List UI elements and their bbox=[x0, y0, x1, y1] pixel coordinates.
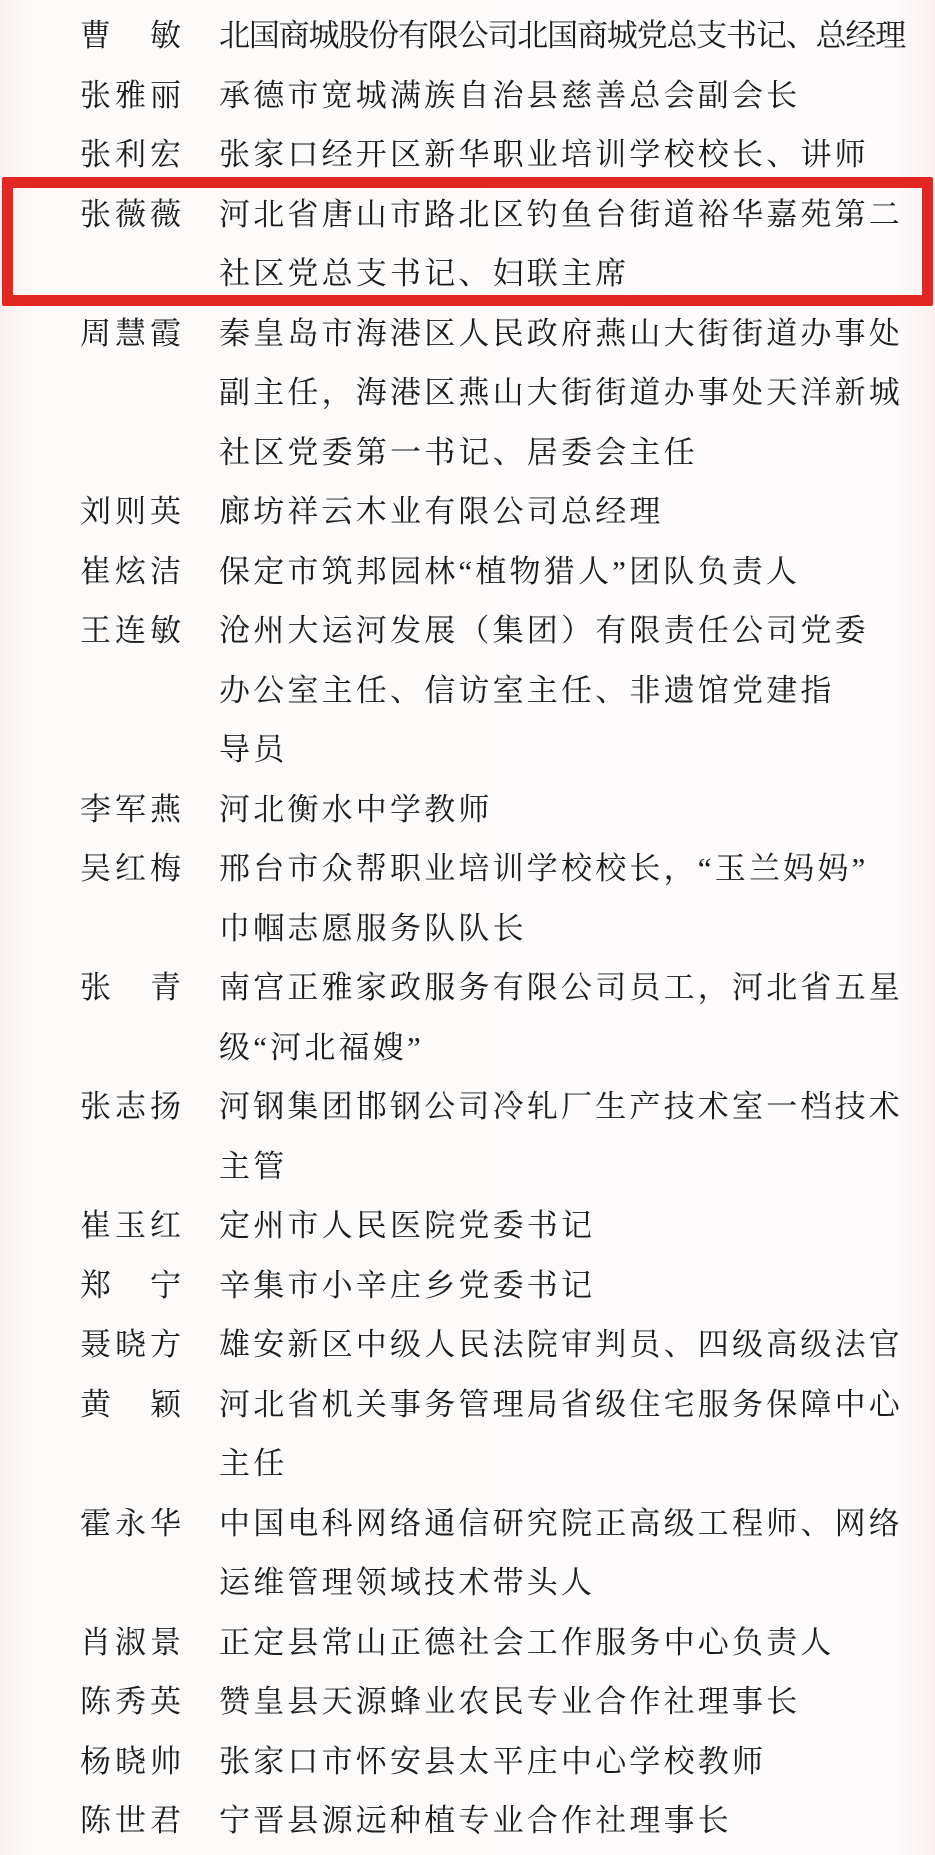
entry-name: 张志扬 bbox=[80, 1077, 181, 1137]
list-item: 聂晓方 雄安新区中级人民法院审判员、四级高级法官 bbox=[0, 1315, 935, 1375]
entry-description: 张家口经开区新华职业培训学校校长、讲师 bbox=[219, 125, 919, 185]
entry-name: 张薇薇 bbox=[80, 185, 181, 245]
entry-role-line: 秦皇岛市海港区人民政府燕山大街街道办事处 bbox=[219, 304, 919, 364]
list-item: 陈秀英 赞皇县天源蜂业农民专业合作社理事长 bbox=[0, 1672, 935, 1732]
entry-name: 崔玉红 bbox=[80, 1196, 181, 1256]
entry-name: 郑 宁 bbox=[80, 1256, 181, 1316]
entry-description: 沧州大运河发展（集团）有限责任公司党委 办公室主任、信访室主任、非遗馆党建指 导… bbox=[219, 601, 919, 780]
entry-name: 周慧霞 bbox=[80, 304, 181, 364]
entry-name: 崔炫洁 bbox=[80, 542, 181, 602]
entry-name: 李军燕 bbox=[80, 780, 181, 840]
entry-role-line: 赞皇县天源蜂业农民专业合作社理事长 bbox=[219, 1672, 919, 1732]
list-item: 李军燕 河北衡水中学教师 bbox=[0, 780, 935, 840]
entry-role-line: 定州市人民医院党委书记 bbox=[219, 1196, 919, 1256]
entry-role-line: 北国商城股份有限公司北国商城党总支书记、总经理 bbox=[219, 6, 919, 66]
entry-description: 承德市宽城满族自治县慈善总会副会长 bbox=[219, 66, 919, 126]
entry-role-line: 张家口经开区新华职业培训学校校长、讲师 bbox=[219, 125, 919, 185]
document-page: 曹 敏 北国商城股份有限公司北国商城党总支书记、总经理 张雅丽 承德市宽城满族自… bbox=[0, 0, 935, 1855]
entry-role-line: 张家口市怀安县太平庄中心学校教师 bbox=[219, 1732, 919, 1792]
list-item: 霍永华 中国电科网络通信研究院正高级工程师、网络 运维管理领域技术带头人 bbox=[0, 1494, 935, 1613]
list-item: 崔玉红 定州市人民医院党委书记 bbox=[0, 1196, 935, 1256]
entry-description: 辛集市小辛庄乡党委书记 bbox=[219, 1256, 919, 1316]
list-item-highlighted: 张薇薇 河北省唐山市路北区钓鱼台街道裕华嘉苑第二 社区党总支书记、妇联主席 bbox=[0, 185, 935, 304]
entry-role-line: 宁晋县源远种植专业合作社理事长 bbox=[219, 1791, 919, 1851]
entry-name: 刘则英 bbox=[80, 482, 181, 542]
entry-role-line: 廊坊祥云木业有限公司总经理 bbox=[219, 482, 919, 542]
entry-name: 陈世君 bbox=[80, 1791, 181, 1851]
list-item: 杨晓帅 张家口市怀安县太平庄中心学校教师 bbox=[0, 1732, 935, 1792]
entry-role-line: 承德市宽城满族自治县慈善总会副会长 bbox=[219, 66, 919, 126]
entry-role-line: 沧州大运河发展（集团）有限责任公司党委 bbox=[219, 601, 919, 661]
entry-role-line: 辛集市小辛庄乡党委书记 bbox=[219, 1256, 919, 1316]
entries-list: 曹 敏 北国商城股份有限公司北国商城党总支书记、总经理 张雅丽 承德市宽城满族自… bbox=[0, 0, 935, 1851]
entry-role-line: 主任 bbox=[219, 1434, 919, 1494]
list-item: 张雅丽 承德市宽城满族自治县慈善总会副会长 bbox=[0, 66, 935, 126]
entry-role-line: 南宫正雅家政服务有限公司员工，河北省五星 bbox=[219, 958, 919, 1018]
entry-description: 秦皇岛市海港区人民政府燕山大街街道办事处 副主任，海港区燕山大街街道办事处天洋新… bbox=[219, 304, 919, 483]
list-item: 刘则英 廊坊祥云木业有限公司总经理 bbox=[0, 482, 935, 542]
list-item: 王连敏 沧州大运河发展（集团）有限责任公司党委 办公室主任、信访室主任、非遗馆党… bbox=[0, 601, 935, 780]
entry-description: 南宫正雅家政服务有限公司员工，河北省五星 级“河北福嫂” bbox=[219, 958, 919, 1077]
list-item: 张志扬 河钢集团邯钢公司冷轧厂生产技术室一档技术 主管 bbox=[0, 1077, 935, 1196]
entry-description: 北国商城股份有限公司北国商城党总支书记、总经理 bbox=[219, 6, 919, 66]
entry-description: 中国电科网络通信研究院正高级工程师、网络 运维管理领域技术带头人 bbox=[219, 1494, 919, 1613]
entry-description: 宁晋县源远种植专业合作社理事长 bbox=[219, 1791, 919, 1851]
entry-name: 杨晓帅 bbox=[80, 1732, 181, 1792]
entry-role-line: 保定市筑邦园林“植物猎人”团队负责人 bbox=[219, 542, 919, 602]
entry-description: 河北省机关事务管理局省级住宅服务保障中心 主任 bbox=[219, 1375, 919, 1494]
list-item: 张利宏 张家口经开区新华职业培训学校校长、讲师 bbox=[0, 125, 935, 185]
entry-role-line: 副主任，海港区燕山大街街道办事处天洋新城 bbox=[219, 363, 919, 423]
entry-name: 王连敏 bbox=[80, 601, 181, 661]
entry-name: 吴红梅 bbox=[80, 839, 181, 899]
entry-role-line: 级“河北福嫂” bbox=[219, 1018, 919, 1078]
entry-role-line: 雄安新区中级人民法院审判员、四级高级法官 bbox=[219, 1315, 919, 1375]
entry-description: 赞皇县天源蜂业农民专业合作社理事长 bbox=[219, 1672, 919, 1732]
entry-role-line: 巾帼志愿服务队队长 bbox=[219, 899, 919, 959]
entry-description: 保定市筑邦园林“植物猎人”团队负责人 bbox=[219, 542, 919, 602]
list-item: 张 青 南宫正雅家政服务有限公司员工，河北省五星 级“河北福嫂” bbox=[0, 958, 935, 1077]
entry-role-line: 中国电科网络通信研究院正高级工程师、网络 bbox=[219, 1494, 919, 1554]
entry-role-line: 河北省唐山市路北区钓鱼台街道裕华嘉苑第二 bbox=[219, 185, 919, 245]
entry-description: 定州市人民医院党委书记 bbox=[219, 1196, 919, 1256]
entry-role-line: 社区党总支书记、妇联主席 bbox=[219, 244, 919, 304]
entry-description: 廊坊祥云木业有限公司总经理 bbox=[219, 482, 919, 542]
entry-description: 邢台市众帮职业培训学校校长，“玉兰妈妈” 巾帼志愿服务队队长 bbox=[219, 839, 919, 958]
entry-name: 聂晓方 bbox=[80, 1315, 181, 1375]
entry-name: 肖淑景 bbox=[80, 1613, 181, 1673]
entry-name: 张 青 bbox=[80, 958, 181, 1018]
list-item: 郑 宁 辛集市小辛庄乡党委书记 bbox=[0, 1256, 935, 1316]
entry-description: 河钢集团邯钢公司冷轧厂生产技术室一档技术 主管 bbox=[219, 1077, 919, 1196]
entry-role-line: 河钢集团邯钢公司冷轧厂生产技术室一档技术 bbox=[219, 1077, 919, 1137]
entry-role-line: 河北衡水中学教师 bbox=[219, 780, 919, 840]
list-item: 黄 颖 河北省机关事务管理局省级住宅服务保障中心 主任 bbox=[0, 1375, 935, 1494]
entry-name: 曹 敏 bbox=[80, 6, 181, 66]
entry-name: 陈秀英 bbox=[80, 1672, 181, 1732]
entry-description: 河北衡水中学教师 bbox=[219, 780, 919, 840]
entry-role-line: 办公室主任、信访室主任、非遗馆党建指 bbox=[219, 661, 919, 721]
entry-description: 河北省唐山市路北区钓鱼台街道裕华嘉苑第二 社区党总支书记、妇联主席 bbox=[219, 185, 919, 304]
entry-role-line: 正定县常山正德社会工作服务中心负责人 bbox=[219, 1613, 919, 1673]
entry-name: 张利宏 bbox=[80, 125, 181, 185]
list-item: 吴红梅 邢台市众帮职业培训学校校长，“玉兰妈妈” 巾帼志愿服务队队长 bbox=[0, 839, 935, 958]
list-item: 周慧霞 秦皇岛市海港区人民政府燕山大街街道办事处 副主任，海港区燕山大街街道办事… bbox=[0, 304, 935, 483]
entry-name: 霍永华 bbox=[80, 1494, 181, 1554]
list-item: 曹 敏 北国商城股份有限公司北国商城党总支书记、总经理 bbox=[0, 6, 935, 66]
entry-role-line: 邢台市众帮职业培训学校校长，“玉兰妈妈” bbox=[219, 839, 919, 899]
entry-role-line: 运维管理领域技术带头人 bbox=[219, 1553, 919, 1613]
entry-name: 张雅丽 bbox=[80, 66, 181, 126]
entry-role-line: 社区党委第一书记、居委会主任 bbox=[219, 423, 919, 483]
entry-description: 正定县常山正德社会工作服务中心负责人 bbox=[219, 1613, 919, 1673]
entry-role-line: 导员 bbox=[219, 720, 919, 780]
entry-role-line: 河北省机关事务管理局省级住宅服务保障中心 bbox=[219, 1375, 919, 1435]
entry-description: 张家口市怀安县太平庄中心学校教师 bbox=[219, 1732, 919, 1792]
entry-role-line: 主管 bbox=[219, 1137, 919, 1197]
list-item: 陈世君 宁晋县源远种植专业合作社理事长 bbox=[0, 1791, 935, 1851]
entry-name: 黄 颖 bbox=[80, 1375, 181, 1435]
list-item: 肖淑景 正定县常山正德社会工作服务中心负责人 bbox=[0, 1613, 935, 1673]
list-item: 崔炫洁 保定市筑邦园林“植物猎人”团队负责人 bbox=[0, 542, 935, 602]
entry-description: 雄安新区中级人民法院审判员、四级高级法官 bbox=[219, 1315, 919, 1375]
